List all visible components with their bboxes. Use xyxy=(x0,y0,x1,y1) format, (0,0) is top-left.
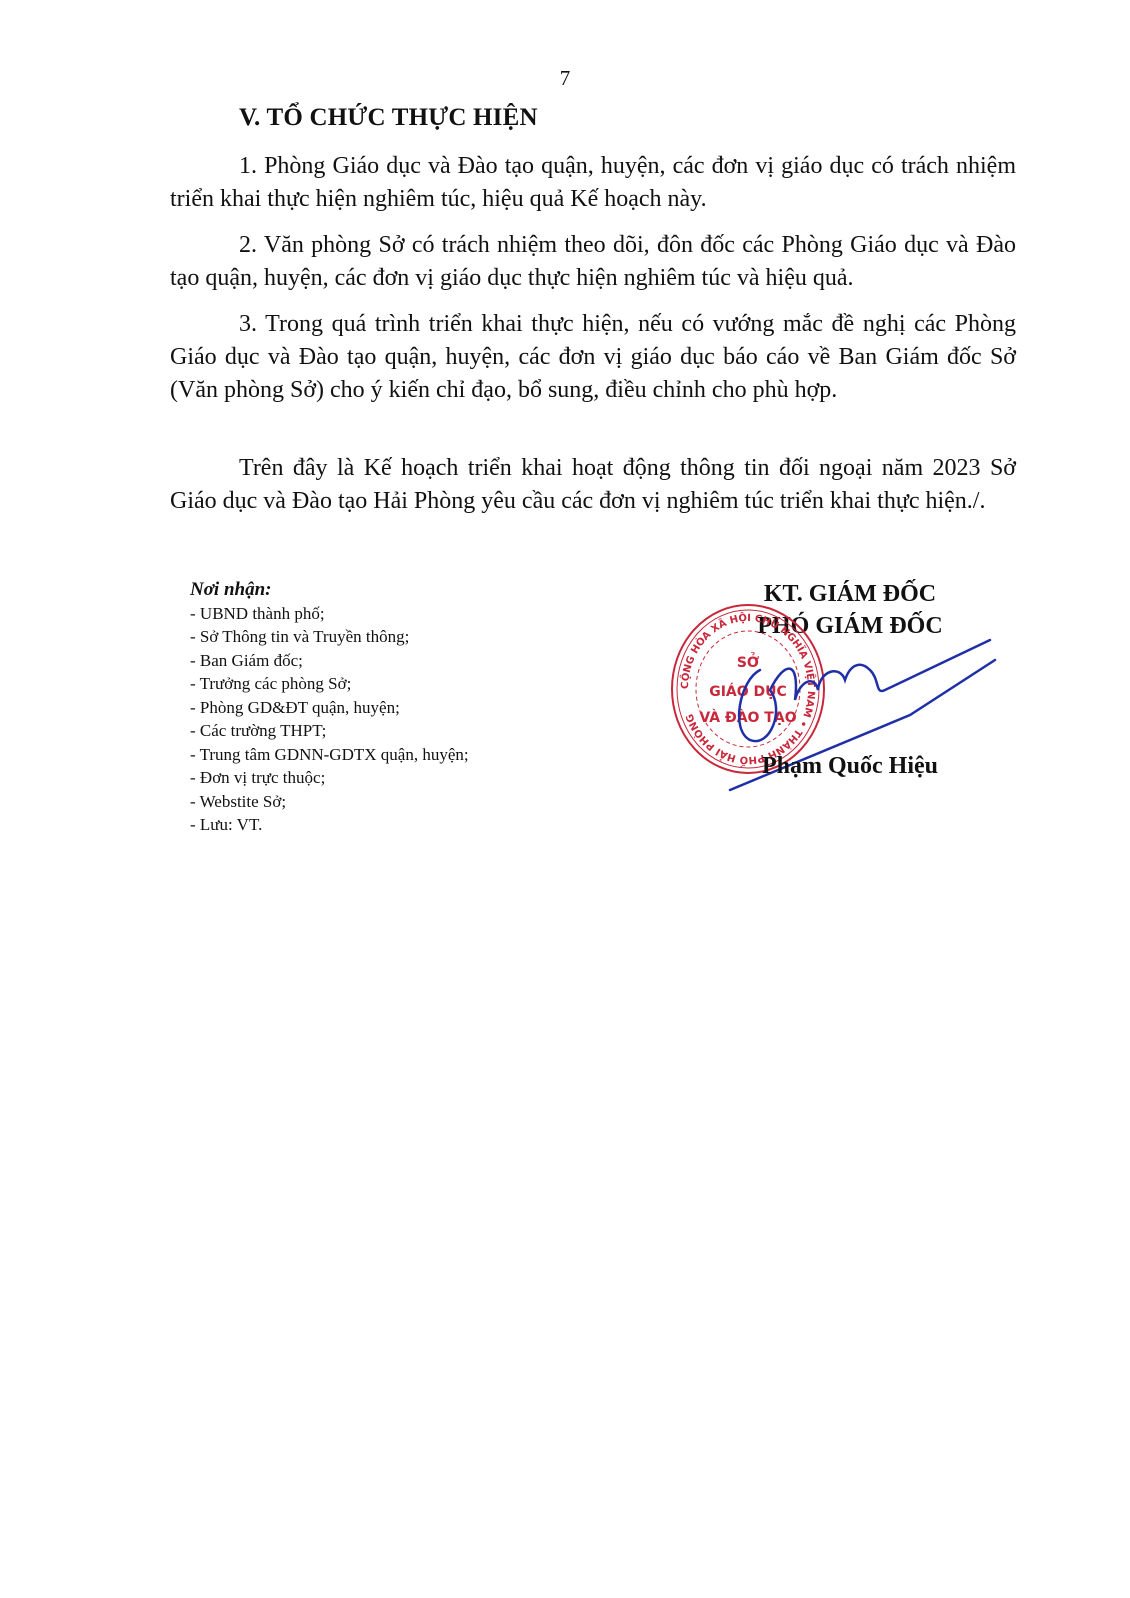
recipient-item: - Các trường THPT; xyxy=(190,719,469,743)
signer-name: Phạm Quốc Hiệu xyxy=(720,753,980,780)
paragraph-1: 1. Phòng Giáo dục và Đào tạo quận, huyện… xyxy=(170,150,1016,216)
recipient-item: - Webstite Sở; xyxy=(190,790,469,814)
recipient-item: - UBND thành phố; xyxy=(190,602,469,626)
paragraph-2: 2. Văn phòng Sở có trách nhiệm theo dõi,… xyxy=(170,229,1016,295)
recipients-list: - UBND thành phố; - Sở Thông tin và Truy… xyxy=(190,602,469,837)
recipient-item: - Đơn vị trực thuộc; xyxy=(190,766,469,790)
paragraph-3: 3. Trong quá trình triển khai thực hiện,… xyxy=(170,308,1016,407)
recipients-block: Nơi nhận: - UBND thành phố; - Sở Thông t… xyxy=(190,578,469,837)
recipient-item: - Sở Thông tin và Truyền thông; xyxy=(190,625,469,649)
paragraph-text: 2. Văn phòng Sở có trách nhiệm theo dõi,… xyxy=(170,229,1016,295)
recipient-item: - Phòng GD&ĐT quận, huyện; xyxy=(190,696,469,720)
recipient-item: - Trưởng các phòng Sở; xyxy=(190,672,469,696)
paragraph-text: 3. Trong quá trình triển khai thực hiện,… xyxy=(170,308,1016,407)
section-heading: V. TỔ CHỨC THỰC HIỆN xyxy=(239,104,538,132)
recipients-title: Nơi nhận: xyxy=(190,578,469,602)
paragraph-text: 1. Phòng Giáo dục và Đào tạo quận, huyện… xyxy=(170,150,1016,216)
paragraph-text: Trên đây là Kế hoạch triển khai hoạt độn… xyxy=(170,452,1016,518)
recipient-item: - Trung tâm GDNN-GDTX quận, huyện; xyxy=(190,743,469,767)
recipient-item: - Ban Giám đốc; xyxy=(190,649,469,673)
page-number: 7 xyxy=(0,66,1130,91)
recipient-item: - Lưu: VT. xyxy=(190,813,469,837)
paragraph-closing: Trên đây là Kế hoạch triển khai hoạt độn… xyxy=(170,452,1016,518)
